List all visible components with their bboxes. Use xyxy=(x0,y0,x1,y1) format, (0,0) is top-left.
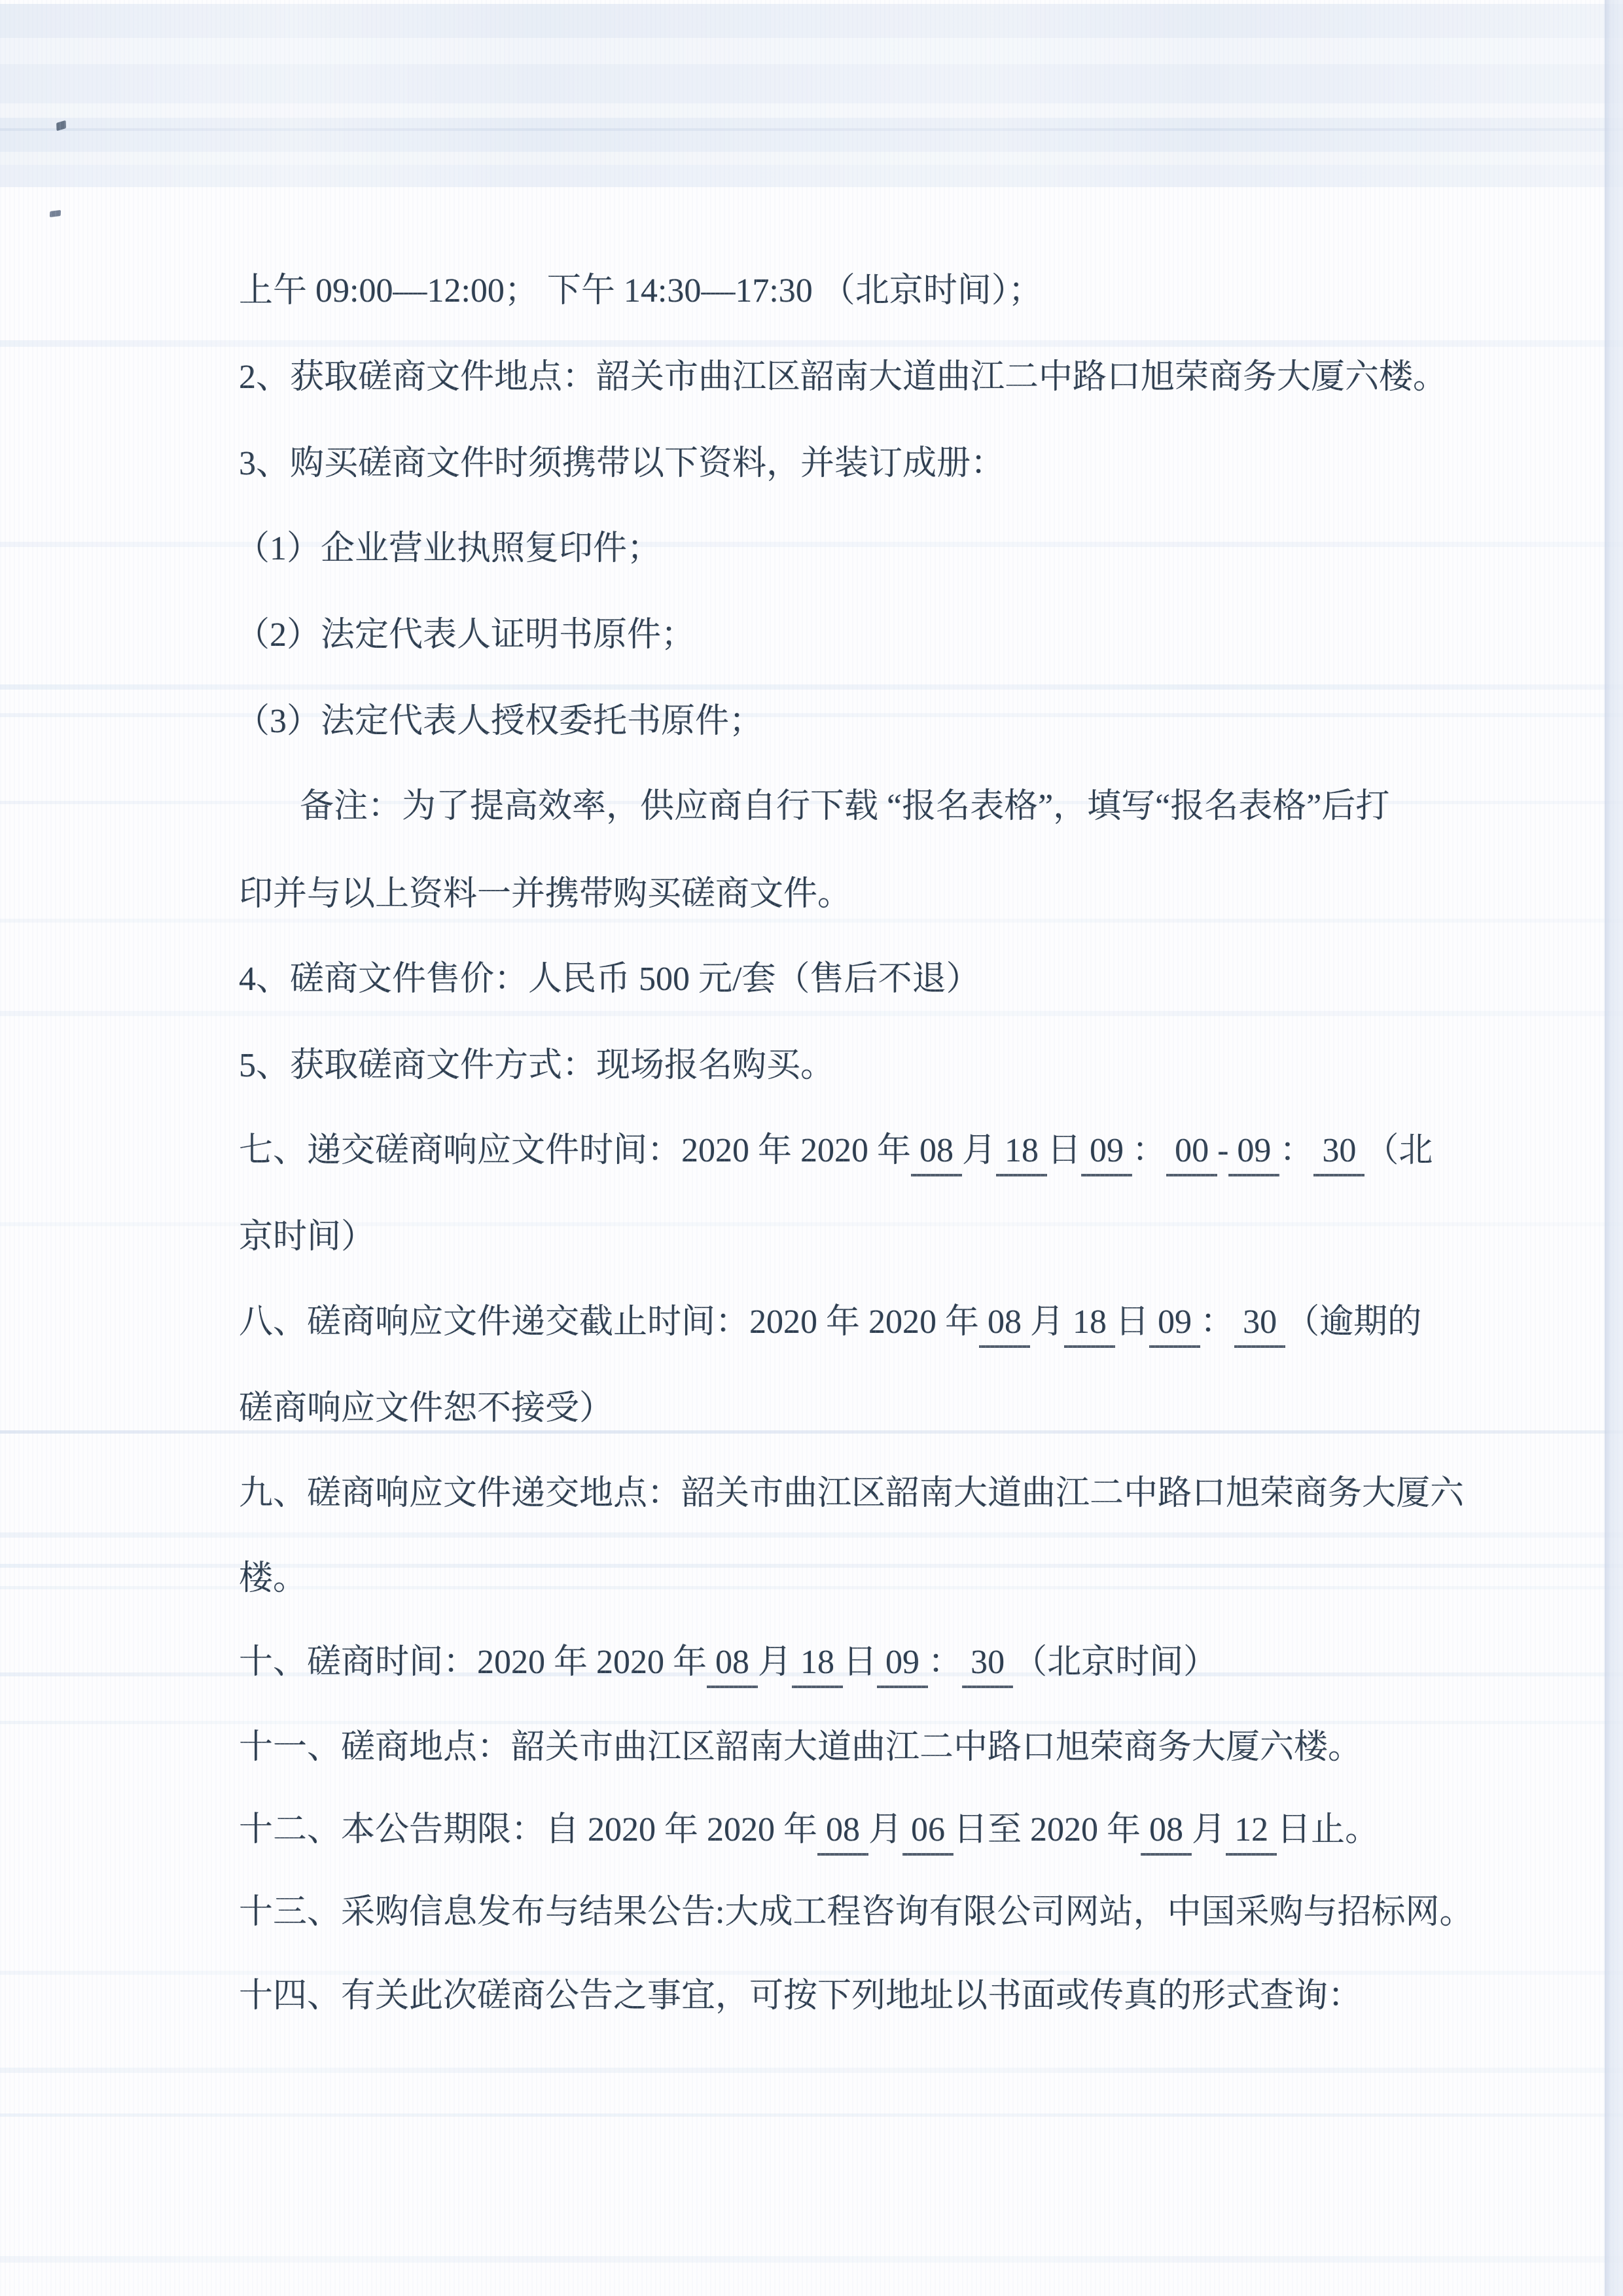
text-line-item-14: 十四、有关此次磋商公告之事宜，可按下列地址以书面或传真的形式查询： xyxy=(239,1975,1362,2018)
text-run: ： xyxy=(928,1644,962,1681)
text-line-item-3: 3、购买磋商文件时须携带以下资料，并装订成册： xyxy=(239,442,1005,486)
text-run: 月 xyxy=(758,1644,792,1681)
scan-streak xyxy=(0,2256,1623,2263)
scan-streak xyxy=(0,919,1623,923)
text-run: 楼。 xyxy=(239,1560,307,1597)
text-line-item-8-line-2: 磋商响应文件恕不接受） xyxy=(239,1387,613,1430)
text-run: 九、磋商响应文件递交地点：韶关市曲江区韶南大道曲江二中路口旭荣商务大厦六 xyxy=(239,1475,1464,1512)
scan-streak xyxy=(0,4,1623,38)
text-run: 日 xyxy=(1115,1303,1149,1341)
text-run: 月 xyxy=(1192,1811,1226,1848)
scan-streak xyxy=(0,1532,1623,1538)
text-run: （1）企业营业执照复印件； xyxy=(236,530,661,567)
text-line-item-3-3: （3）法定代表人授权委托书原件； xyxy=(236,700,763,743)
underlined-blank-value: 08 xyxy=(817,1811,868,1856)
text-run: 日 xyxy=(1047,1132,1081,1169)
text-run: （3）法定代表人授权委托书原件； xyxy=(236,703,763,740)
text-run: 日止。 xyxy=(1277,1811,1379,1848)
text-run: 七、递交磋商响应文件时间：2020 年 2020 年 xyxy=(239,1132,911,1169)
scan-streak xyxy=(0,165,1623,187)
scan-streak xyxy=(0,340,1623,347)
text-run: 月 xyxy=(962,1132,996,1169)
underlined-blank-value: 18 xyxy=(792,1644,843,1688)
text-run: 日至 2020 年 xyxy=(954,1811,1141,1848)
text-run: 十、磋商时间：2020 年 2020 年 xyxy=(239,1644,707,1681)
text-line-item-9-line-1: 九、磋商响应文件递交地点：韶关市曲江区韶南大道曲江二中路口旭荣商务大厦六 xyxy=(239,1472,1464,1515)
text-run: 磋商响应文件恕不接受） xyxy=(239,1390,613,1427)
underlined-blank-value: 06 xyxy=(902,1811,954,1856)
underlined-blank-value: 09 xyxy=(1081,1132,1132,1176)
scan-page-edge xyxy=(1605,0,1623,2296)
text-run: 印并与以上资料一并携带购买磋商文件。 xyxy=(239,875,851,913)
text-run: 4、磋商文件售价：人民币 500 元/套（售后不退） xyxy=(239,961,980,998)
text-run: - xyxy=(1217,1132,1228,1169)
text-line-item-13: 十三、采购信息发布与结果公告:大成工程咨询有限公司网站，中国采购与招标网。 xyxy=(239,1891,1473,1934)
text-run: （2）法定代表人证明书原件； xyxy=(236,616,695,654)
text-line-item-2: 2、获取磋商文件地点：韶关市曲江区韶南大道曲江二中路口旭荣商务大厦六楼。 xyxy=(239,356,1447,399)
text-line-item-9-line-2: 楼。 xyxy=(239,1557,307,1600)
underlined-blank-value: 09 xyxy=(1149,1303,1200,1348)
text-line-item-7-line-2: 京时间） xyxy=(239,1216,375,1259)
scan-streak xyxy=(0,2068,1623,2073)
text-line-note-line-1: 备注：为了提高效率，供应商自行下载 “报名表格”，填写“报名表格”后打 xyxy=(300,785,1389,828)
underlined-blank-value: 12 xyxy=(1226,1811,1277,1856)
scan-streak xyxy=(0,684,1623,690)
text-line-item-10: 十、磋商时间：2020 年 2020 年 08 月 18 日 09 ： 30 （… xyxy=(239,1641,1217,1684)
scan-streak xyxy=(0,128,1623,131)
text-run: 月 xyxy=(1030,1303,1064,1341)
underlined-blank-value: 30 xyxy=(962,1644,1013,1688)
text-line-office-hours: 上午 09:00—12:00； 下午 14:30—17:30 （北京时间）； xyxy=(239,270,1043,313)
text-run: 月 xyxy=(868,1811,902,1848)
scan-streak xyxy=(0,38,1623,64)
underlined-blank-value: 09 xyxy=(877,1644,928,1688)
text-line-item-3-1: （1）企业营业执照复印件； xyxy=(236,527,661,571)
underlined-blank-value: 08 xyxy=(707,1644,758,1688)
underlined-blank-value: 09 xyxy=(1228,1132,1279,1176)
text-line-item-8-line-1: 八、磋商响应文件递交截止时间：2020 年 2020 年 08 月 18 日 0… xyxy=(239,1301,1421,1344)
text-line-item-5: 5、获取磋商文件方式：现场报名购买。 xyxy=(239,1044,834,1087)
text-run: ： xyxy=(1132,1132,1166,1169)
text-run: 3、购买磋商文件时须携带以下资料，并装订成册： xyxy=(239,445,1005,482)
scan-streak xyxy=(0,1011,1623,1016)
underlined-blank-value: 18 xyxy=(1064,1303,1115,1348)
scanned-document-page: 上午 09:00—12:00； 下午 14:30—17:30 （北京时间）；2、… xyxy=(0,0,1623,2296)
text-run: （逾期的 xyxy=(1285,1303,1421,1341)
text-run: 日 xyxy=(843,1644,877,1681)
underlined-blank-value: 08 xyxy=(1141,1811,1192,1856)
scan-streak xyxy=(0,1721,1623,1724)
text-run: 备注：为了提高效率，供应商自行下载 “报名表格”，填写“报名表格”后打 xyxy=(300,788,1389,825)
text-run: 十三、采购信息发布与结果公告:大成工程咨询有限公司网站，中国采购与招标网。 xyxy=(239,1894,1473,1931)
text-run: （北京时间） xyxy=(1013,1644,1217,1681)
scan-streak xyxy=(0,64,1623,103)
underlined-blank-value: 08 xyxy=(911,1132,962,1176)
text-run: 2、获取磋商文件地点：韶关市曲江区韶南大道曲江二中路口旭荣商务大厦六楼。 xyxy=(239,359,1447,396)
scan-streak xyxy=(0,103,1623,118)
text-line-item-7-line-1: 七、递交磋商响应文件时间：2020 年 2020 年 08 月 18 日 09 … xyxy=(239,1129,1433,1173)
text-line-item-4: 4、磋商文件售价：人民币 500 元/套（售后不退） xyxy=(239,958,980,1001)
ink-speck xyxy=(50,210,61,217)
text-run: ： xyxy=(1279,1132,1313,1169)
text-line-item-12: 十二、本公告期限：自 2020 年 2020 年 08 月 06 日至 2020… xyxy=(239,1809,1379,1852)
text-line-item-11: 十一、磋商地点：韶关市曲江区韶南大道曲江二中路口旭荣商务大厦六楼。 xyxy=(239,1726,1362,1769)
text-run: 十二、本公告期限：自 2020 年 2020 年 xyxy=(239,1811,817,1848)
scan-streak xyxy=(0,152,1623,165)
underlined-blank-value: 00 xyxy=(1166,1132,1217,1176)
text-run: 上午 09:00—12:00； 下午 14:30—17:30 （北京时间）； xyxy=(239,272,1043,309)
underlined-blank-value: 30 xyxy=(1234,1303,1285,1348)
underlined-blank-value: 18 xyxy=(996,1132,1047,1176)
text-run: 十四、有关此次磋商公告之事宜，可按下列地址以书面或传真的形式查询： xyxy=(239,1977,1362,2015)
underlined-blank-value: 30 xyxy=(1313,1132,1364,1176)
text-run: 5、获取磋商文件方式：现场报名购买。 xyxy=(239,1047,834,1084)
underlined-blank-value: 08 xyxy=(979,1303,1030,1348)
scan-streak xyxy=(0,118,1623,152)
text-run: 八、磋商响应文件递交截止时间：2020 年 2020 年 xyxy=(239,1303,979,1341)
text-run: 京时间） xyxy=(239,1218,375,1256)
scan-streak xyxy=(0,1430,1623,1434)
text-line-item-3-2: （2）法定代表人证明书原件； xyxy=(236,614,695,657)
text-line-note-line-2: 印并与以上资料一并携带购买磋商文件。 xyxy=(239,873,851,916)
scan-streak xyxy=(0,2113,1623,2117)
text-run: 十一、磋商地点：韶关市曲江区韶南大道曲江二中路口旭荣商务大厦六楼。 xyxy=(239,1729,1362,1766)
text-run: ： xyxy=(1200,1303,1234,1341)
text-run: （北 xyxy=(1364,1132,1433,1169)
